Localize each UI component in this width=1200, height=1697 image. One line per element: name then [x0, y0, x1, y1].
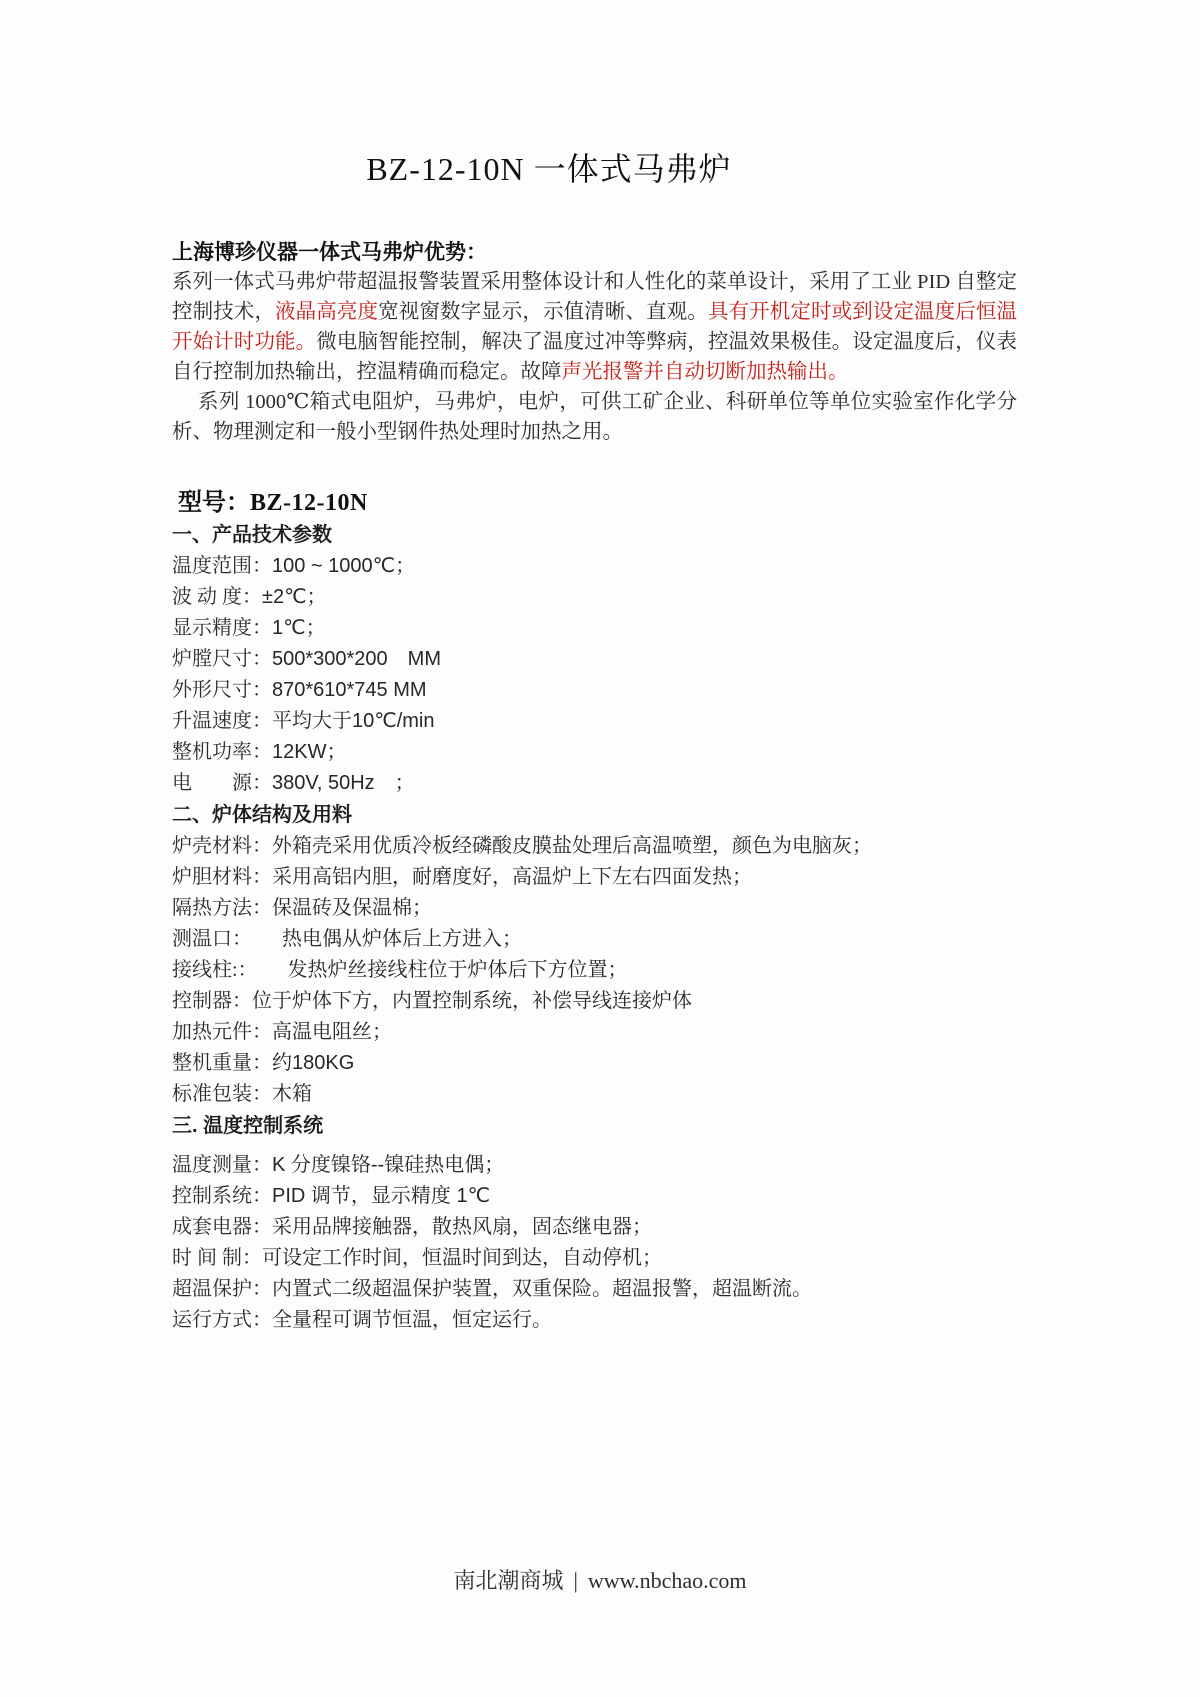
spec-label: 炉壳材料： [172, 835, 272, 857]
spec-item: 波 动 度：±2℃； [172, 582, 1017, 613]
spec-label: 加热元件： [172, 1021, 272, 1043]
spec-label: 电 源： [172, 772, 272, 794]
spec-value: 热电偶从炉体后上方进入； [242, 928, 522, 950]
spec-item: 测温口： 热电偶从炉体后上方进入； [172, 924, 1017, 955]
spec-value: 采用高铝内胆，耐磨度好，高温炉上下左右四面发热； [272, 866, 752, 888]
footer-site-name: 南北潮商城 [453, 1568, 563, 1593]
spec-list: 炉壳材料：外箱壳采用优质冷板经磷酸皮膜盐处理后高温喷塑，颜色为电脑灰；炉胆材料：… [172, 831, 1017, 1110]
spec-value: ±2℃； [262, 586, 327, 608]
spec-label: 控制器： [172, 990, 252, 1012]
spec-value: 870*610*745 MM [272, 679, 427, 701]
section-heading: 一、产品技术参数 [172, 519, 1017, 551]
page-footer: 南北潮商城|www.nbchao.com [0, 1566, 1200, 1596]
section-heading: 二、炉体结构及用料 [172, 799, 1017, 831]
spec-label: 显示精度： [172, 617, 272, 639]
document-title: BZ-12-10N 一体式马弗炉 [0, 0, 1200, 190]
spec-item: 炉壳材料：外箱壳采用优质冷板经磷酸皮膜盐处理后高温喷塑，颜色为电脑灰； [172, 831, 1017, 862]
spec-value: 外箱壳采用优质冷板经磷酸皮膜盐处理后高温喷塑，颜色为电脑灰； [272, 835, 872, 857]
spec-item: 电 源：380V, 50Hz ； [172, 768, 1017, 799]
spec-value: 380V, 50Hz ； [272, 772, 415, 794]
spec-list: 温度测量：K 分度镍铬--镍硅热电偶；控制系统：PID 调节，显示精度 1℃成套… [172, 1150, 1017, 1336]
spec-item: 加热元件：高温电阻丝； [172, 1017, 1017, 1048]
spec-value: 保温砖及保温棉； [272, 897, 432, 919]
advantages-heading: 上海博珍仪器一体式马弗炉优势： [172, 237, 1017, 267]
spec-label: 成套电器： [172, 1216, 272, 1238]
spec-item: 标准包装：木箱 [172, 1079, 1017, 1110]
spec-item: 显示精度：1℃； [172, 613, 1017, 644]
spec-item: 接线柱:： 发热炉丝接线柱位于炉体后下方位置； [172, 955, 1017, 986]
model-value: BZ-12-10N [250, 490, 368, 516]
document-page: BZ-12-10N 一体式马弗炉 上海博珍仪器一体式马弗炉优势： 系列一体式马弗… [0, 0, 1200, 1697]
spec-item: 控制系统：PID 调节，显示精度 1℃ [172, 1181, 1017, 1212]
spec-label: 温度测量： [172, 1154, 272, 1176]
intro-paragraph-2: 系列 1000℃箱式电阻炉，马弗炉，电炉，可供工矿企业、科研单位等单位实验室作化… [172, 387, 1017, 447]
spec-item: 外形尺寸：870*610*745 MM [172, 675, 1017, 706]
spec-label: 外形尺寸： [172, 679, 272, 701]
spec-label: 温度范围： [172, 555, 272, 577]
spec-label: 隔热方法： [172, 897, 272, 919]
spec-value: 木箱 [272, 1083, 312, 1105]
spec-item: 隔热方法：保温砖及保温棉； [172, 893, 1017, 924]
spec-label: 波 动 度： [172, 586, 262, 608]
spec-label: 时 间 制： [172, 1247, 262, 1269]
spec-item: 整机功率：12KW； [172, 737, 1017, 768]
spec-value: 500*300*200 MM [272, 648, 441, 670]
spec-section: 一、产品技术参数 温度范围：100 ~ 1000℃；波 动 度：±2℃；显示精度… [172, 519, 1017, 799]
spec-item: 控制器：位于炉体下方，内置控制系统，补偿导线连接炉体 [172, 986, 1017, 1017]
spec-item: 成套电器：采用品牌接触器，散热风扇，固态继电器； [172, 1212, 1017, 1243]
spec-value: 约180KG [272, 1052, 354, 1074]
spec-item: 炉胆材料：采用高铝内胆，耐磨度好，高温炉上下左右四面发热； [172, 862, 1017, 893]
model-label: 型号： [178, 490, 250, 516]
spec-label: 整机重量： [172, 1052, 272, 1074]
spec-label: 整机功率： [172, 741, 272, 763]
spec-label: 超温保护： [172, 1278, 272, 1300]
spec-item: 运行方式：全量程可调节恒温，恒定运行。 [172, 1305, 1017, 1336]
footer-url: www.nbchao.com [588, 1568, 747, 1593]
spec-item: 温度测量：K 分度镍铬--镍硅热电偶； [172, 1150, 1017, 1181]
spec-label: 测温口： [172, 928, 242, 950]
intro-segment-red: 声光报警并自动切断加热输出。 [562, 361, 849, 383]
spec-value: 内置式二级超温保护装置，双重保险。超温报警，超温断流。 [272, 1278, 812, 1300]
spec-label: 标准包装： [172, 1083, 272, 1105]
spec-item: 炉膛尺寸：500*300*200 MM [172, 644, 1017, 675]
spec-item: 整机重量：约180KG [172, 1048, 1017, 1079]
spec-value: 位于炉体下方，内置控制系统，补偿导线连接炉体 [252, 990, 692, 1012]
spec-list: 温度范围：100 ~ 1000℃；波 动 度：±2℃；显示精度：1℃；炉膛尺寸：… [172, 551, 1017, 799]
model-line: 型号：BZ-12-10N [172, 487, 1017, 519]
spec-label: 运行方式： [172, 1309, 272, 1331]
spec-label: 炉胆材料： [172, 866, 272, 888]
spec-section: 二、炉体结构及用料 炉壳材料：外箱壳采用优质冷板经磷酸皮膜盐处理后高温喷塑，颜色… [172, 799, 1017, 1110]
intro-segment-red: 液晶高亮度 [275, 301, 378, 323]
footer-separator: | [573, 1568, 577, 1593]
document-content: 上海博珍仪器一体式马弗炉优势： 系列一体式马弗炉带超温报警装置采用整体设计和人性… [0, 237, 1200, 1336]
spec-sections: 一、产品技术参数 温度范围：100 ~ 1000℃；波 动 度：±2℃；显示精度… [172, 519, 1017, 1336]
spec-value: 100 ~ 1000℃； [272, 555, 415, 577]
intro-paragraph-1: 系列一体式马弗炉带超温报警装置采用整体设计和人性化的菜单设计，采用了工业 PID… [172, 267, 1017, 387]
spec-value: 采用品牌接触器，散热风扇，固态继电器； [272, 1216, 652, 1238]
spec-value: K 分度镍铬--镍硅热电偶； [272, 1154, 504, 1176]
spec-label: 接线柱:： [172, 959, 248, 981]
section-heading: 三. 温度控制系统 [172, 1110, 1017, 1142]
spec-value: 1℃； [272, 617, 326, 639]
spec-value: 可设定工作时间，恒温时间到达，自动停机； [262, 1247, 662, 1269]
spec-item: 温度范围：100 ~ 1000℃； [172, 551, 1017, 582]
spec-value: PID 调节，显示精度 1℃ [272, 1185, 490, 1207]
spec-item: 时 间 制：可设定工作时间，恒温时间到达，自动停机； [172, 1243, 1017, 1274]
spec-item: 超温保护：内置式二级超温保护装置，双重保险。超温报警，超温断流。 [172, 1274, 1017, 1305]
spec-label: 炉膛尺寸： [172, 648, 272, 670]
spec-item: 升温速度：平均大于10℃/min [172, 706, 1017, 737]
spec-value: 平均大于10℃/min [272, 710, 435, 732]
spec-label: 升温速度： [172, 710, 272, 732]
spec-label: 控制系统： [172, 1185, 272, 1207]
spec-value: 发热炉丝接线柱位于炉体后下方位置； [248, 959, 628, 981]
intro-segment-black: 宽视窗数字显示，示值清晰、直观。 [378, 301, 708, 323]
spec-value: 高温电阻丝； [272, 1021, 392, 1043]
spec-value: 全量程可调节恒温，恒定运行。 [272, 1309, 552, 1331]
spec-value: 12KW； [272, 741, 346, 763]
spec-section: 三. 温度控制系统 温度测量：K 分度镍铬--镍硅热电偶；控制系统：PID 调节… [172, 1110, 1017, 1336]
